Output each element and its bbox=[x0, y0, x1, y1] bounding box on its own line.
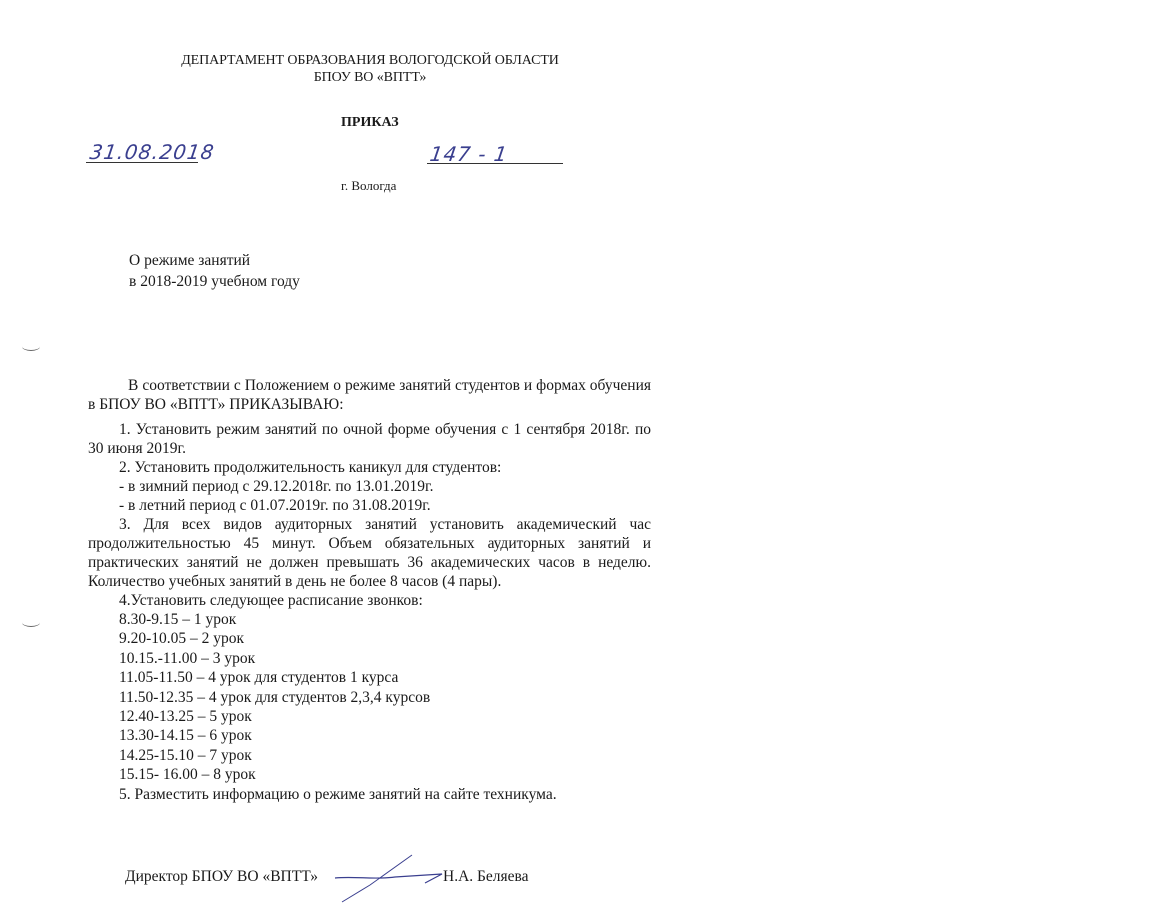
order-body: В соответствии с Положением о режиме зан… bbox=[88, 376, 651, 804]
city-label: г. Вологда bbox=[341, 178, 396, 194]
bell-row: 9.20-10.05 – 2 урок bbox=[119, 629, 651, 648]
order-subject: О режиме занятий в 2018-2019 учебном год… bbox=[129, 250, 300, 292]
bell-schedule: 8.30-9.15 – 1 урок 9.20-10.05 – 2 урок 1… bbox=[88, 610, 651, 785]
bell-row: 15.15- 16.00 – 8 урок bbox=[119, 765, 651, 784]
item-2: 2. Установить продолжительность каникул … bbox=[88, 458, 651, 477]
item-5: 5. Разместить информацию о режиме заняти… bbox=[88, 785, 651, 804]
bell-row: 13.30-14.15 – 6 урок bbox=[119, 726, 651, 745]
punch-hole-mark bbox=[22, 618, 40, 627]
signature-icon bbox=[330, 850, 450, 904]
subject-line-1: О режиме занятий bbox=[129, 250, 300, 271]
bell-row: 8.30-9.15 – 1 урок bbox=[119, 610, 651, 629]
institution-name: БПОУ ВО «ВПТТ» bbox=[120, 69, 620, 86]
punch-hole-mark bbox=[22, 342, 40, 351]
handwritten-date: 31.08.2018 bbox=[88, 140, 216, 164]
item-2-winter: - в зимний период с 29.12.2018г. по 13.0… bbox=[88, 477, 651, 496]
bell-row: 14.25-15.10 – 7 урок bbox=[119, 746, 651, 765]
preamble: В соответствии с Положением о режиме зан… bbox=[88, 376, 651, 414]
bell-row: 11.05-11.50 – 4 урок для студентов 1 кур… bbox=[119, 668, 651, 687]
date-underline bbox=[86, 162, 198, 163]
number-underline bbox=[427, 163, 563, 164]
signatory-name: Н.А. Беляева bbox=[443, 868, 529, 886]
document-title: ПРИКАЗ bbox=[341, 115, 399, 131]
signatory-position: Директор БПОУ ВО «ВПТТ» bbox=[125, 868, 318, 886]
item-2-summer: - в летний период с 01.07.2019г. по 31.0… bbox=[88, 496, 651, 515]
department-name: ДЕПАРТАМЕНТ ОБРАЗОВАНИЯ ВОЛОГОДСКОЙ ОБЛА… bbox=[120, 52, 620, 69]
bell-row: 10.15.-11.00 – 3 урок bbox=[119, 649, 651, 668]
item-1: 1. Установить режим занятий по очной фор… bbox=[88, 420, 651, 458]
item-3: 3. Для всех видов аудиторных занятий уст… bbox=[88, 515, 651, 591]
item-4: 4.Установить следующее расписание звонко… bbox=[88, 591, 651, 610]
subject-line-2: в 2018-2019 учебном году bbox=[129, 271, 300, 292]
document-header: ДЕПАРТАМЕНТ ОБРАЗОВАНИЯ ВОЛОГОДСКОЙ ОБЛА… bbox=[120, 52, 620, 86]
scanned-document-page: ДЕПАРТАМЕНТ ОБРАЗОВАНИЯ ВОЛОГОДСКОЙ ОБЛА… bbox=[0, 0, 700, 904]
bell-row: 11.50-12.35 – 4 урок для студентов 2,3,4… bbox=[119, 688, 651, 707]
bell-row: 12.40-13.25 – 5 урок bbox=[119, 707, 651, 726]
